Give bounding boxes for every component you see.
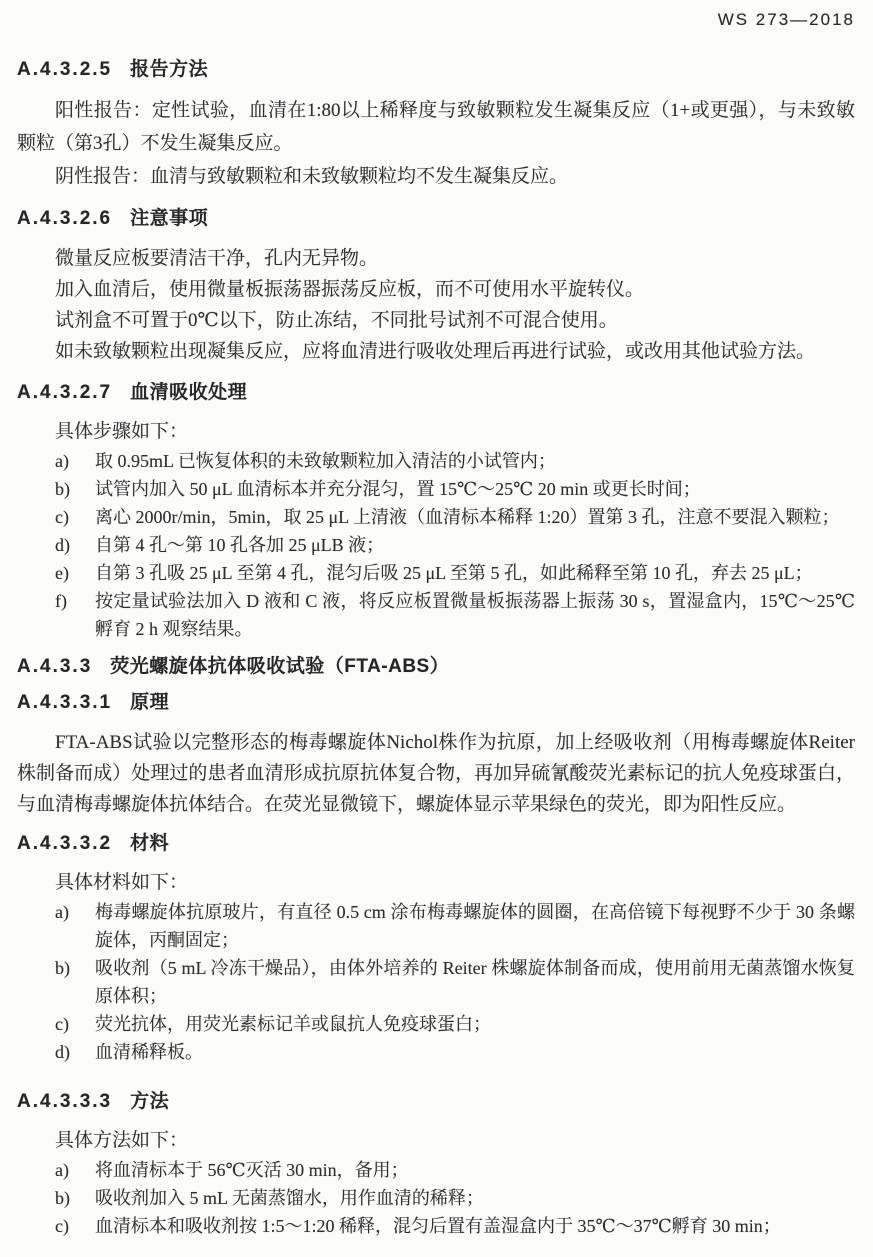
list-item-label: c): [55, 503, 95, 531]
list-intro: 具体步骤如下：: [17, 417, 855, 447]
list-item: b) 试管内加入 50 μL 血清标本并充分混匀，置 15℃～25℃ 20 mi…: [17, 475, 855, 503]
materials-list: a) 梅毒螺旋体抗原玻片，有直径 0.5 cm 涂布梅毒螺旋体的圆圈，在高倍镜下…: [17, 898, 855, 1066]
paragraph-principle: FTA-ABS试验以完整形态的梅毒螺旋体Nichol株作为抗原，加上经吸收剂（用…: [17, 727, 855, 820]
section-number: A.4.3.2.6: [17, 207, 112, 231]
section-heading-a4333: A.4.3.3.3 方法: [17, 1090, 855, 1114]
list-item-text: 将血清标本于 56℃灭活 30 min，备用；: [95, 1156, 855, 1184]
document-page: WS 273—2018 A.4.3.2.5 报告方法 阳性报告：定性试验，血清在…: [0, 0, 873, 1257]
list-item: b) 吸收剂（5 mL 冷冻干燥品），由体外培养的 Reiter 株螺旋体制备而…: [17, 954, 855, 1010]
list-item-text: 取 0.95mL 已恢复体积的未致敏颗粒加入清洁的小试管内；: [95, 447, 855, 475]
section-heading-a4331: A.4.3.3.1 原理: [17, 691, 855, 715]
list-item-label: f): [55, 587, 95, 615]
list-item: a) 取 0.95mL 已恢复体积的未致敏颗粒加入清洁的小试管内；: [17, 447, 855, 475]
section-title: 原理: [130, 691, 169, 715]
list-item-label: b): [55, 1184, 95, 1212]
list-item-label: a): [55, 1156, 95, 1184]
section-heading-a4332: A.4.3.3.2 材料: [17, 832, 855, 856]
section-title: 注意事项: [130, 207, 208, 231]
list-item: c) 荧光抗体，用荧光素标记羊或鼠抗人免疫球蛋白；: [17, 1010, 855, 1038]
list-item-text: 离心 2000r/min，5min，取 25 μL 上清液（血清标本稀释 1:2…: [95, 503, 855, 531]
list-item: b) 吸收剂加入 5 mL 无菌蒸馏水，用作血清的稀释；: [17, 1184, 855, 1212]
list-intro: 具体材料如下：: [17, 868, 855, 898]
section-title: 方法: [130, 1090, 169, 1114]
section-number: A.4.3.2.5: [17, 58, 112, 82]
list-item-label: b): [55, 475, 95, 503]
note-paragraph: 微量反应板要清洁干净，孔内无异物。: [17, 243, 855, 274]
paragraph-positive-report: 阳性报告：定性试验，血清在1:80以上稀释度与致敏颗粒发生凝集反应（1+或更强）…: [17, 94, 855, 160]
section-number: A.4.3.3.1: [17, 691, 112, 715]
list-intro: 具体方法如下：: [17, 1126, 855, 1156]
methods-list: a) 将血清标本于 56℃灭活 30 min，备用； b) 吸收剂加入 5 mL…: [17, 1156, 855, 1240]
section-title: 材料: [130, 832, 169, 856]
list-item-label: c): [55, 1212, 95, 1240]
list-item-text: 吸收剂（5 mL 冷冻干燥品），由体外培养的 Reiter 株螺旋体制备而成，使…: [95, 954, 855, 1010]
list-item-text: 荧光抗体，用荧光素标记羊或鼠抗人免疫球蛋白；: [95, 1010, 855, 1038]
list-item-label: b): [55, 954, 95, 982]
note-paragraph: 如未致敏颗粒出现凝集反应，应将血清进行吸收处理后再进行试验，或改用其他试验方法。: [17, 336, 855, 367]
list-item-text: 吸收剂加入 5 mL 无菌蒸馏水，用作血清的稀释；: [95, 1184, 855, 1212]
list-item: a) 将血清标本于 56℃灭活 30 min，备用；: [17, 1156, 855, 1184]
list-item-label: a): [55, 898, 95, 926]
paragraph-negative-report: 阴性报告：血清与致敏颗粒和未致敏颗粒均不发生凝集反应。: [17, 160, 855, 193]
list-item-text: 试管内加入 50 μL 血清标本并充分混匀，置 15℃～25℃ 20 min 或…: [95, 475, 855, 503]
list-item-text: 血清稀释板。: [95, 1038, 855, 1066]
steps-list: a) 取 0.95mL 已恢复体积的未致敏颗粒加入清洁的小试管内； b) 试管内…: [17, 447, 855, 643]
list-item: a) 梅毒螺旋体抗原玻片，有直径 0.5 cm 涂布梅毒螺旋体的圆圈，在高倍镜下…: [17, 898, 855, 954]
section-heading-a433: A.4.3.3 荧光螺旋体抗体吸收试验（FTA-ABS）: [17, 655, 855, 679]
list-item: c) 血清标本和吸收剂按 1:5～1:20 稀释，混匀后置有盖湿盒内于 35℃～…: [17, 1212, 855, 1240]
list-item-label: e): [55, 559, 95, 587]
list-item-text: 梅毒螺旋体抗原玻片，有直径 0.5 cm 涂布梅毒螺旋体的圆圈，在高倍镜下每视野…: [95, 898, 855, 954]
section-number: A.4.3.3: [17, 655, 92, 679]
section-title: 血清吸收处理: [130, 381, 247, 405]
list-item-label: d): [55, 1038, 95, 1066]
section-heading-a4325: A.4.3.2.5 报告方法: [17, 58, 855, 82]
list-item: d) 自第 4 孔～第 10 孔各加 25 μLB 液；: [17, 531, 855, 559]
section-heading-a4327: A.4.3.2.7 血清吸收处理: [17, 381, 855, 405]
list-item: f) 按定量试验法加入 D 液和 C 液，将反应板置微量板振荡器上振荡 30 s…: [17, 587, 855, 643]
list-item-text: 血清标本和吸收剂按 1:5～1:20 稀释，混匀后置有盖湿盒内于 35℃～37℃…: [95, 1212, 855, 1240]
list-item: e) 自第 3 孔吸 25 μL 至第 4 孔，混匀后吸 25 μL 至第 5 …: [17, 559, 855, 587]
doc-number: WS 273—2018: [17, 10, 855, 30]
section-heading-a4326: A.4.3.2.6 注意事项: [17, 207, 855, 231]
note-paragraph: 加入血清后，使用微量板振荡器振荡反应板，而不可使用水平旋转仪。: [17, 274, 855, 305]
list-item-text: 自第 3 孔吸 25 μL 至第 4 孔，混匀后吸 25 μL 至第 5 孔，如…: [95, 559, 855, 587]
list-item-label: a): [55, 447, 95, 475]
list-item-label: c): [55, 1010, 95, 1038]
section-title: 荧光螺旋体抗体吸收试验（FTA-ABS）: [110, 655, 449, 679]
list-item-label: d): [55, 531, 95, 559]
list-item-text: 自第 4 孔～第 10 孔各加 25 μLB 液；: [95, 531, 855, 559]
list-item: d) 血清稀释板。: [17, 1038, 855, 1066]
section-number: A.4.3.2.7: [17, 381, 112, 405]
list-item-text: 按定量试验法加入 D 液和 C 液，将反应板置微量板振荡器上振荡 30 s，置湿…: [95, 587, 855, 643]
section-number: A.4.3.3.2: [17, 832, 112, 856]
note-paragraph: 试剂盒不可置于0℃以下，防止冻结，不同批号试剂不可混合使用。: [17, 305, 855, 336]
section-title: 报告方法: [130, 58, 208, 82]
list-item: c) 离心 2000r/min，5min，取 25 μL 上清液（血清标本稀释 …: [17, 503, 855, 531]
section-number: A.4.3.3.3: [17, 1090, 112, 1114]
